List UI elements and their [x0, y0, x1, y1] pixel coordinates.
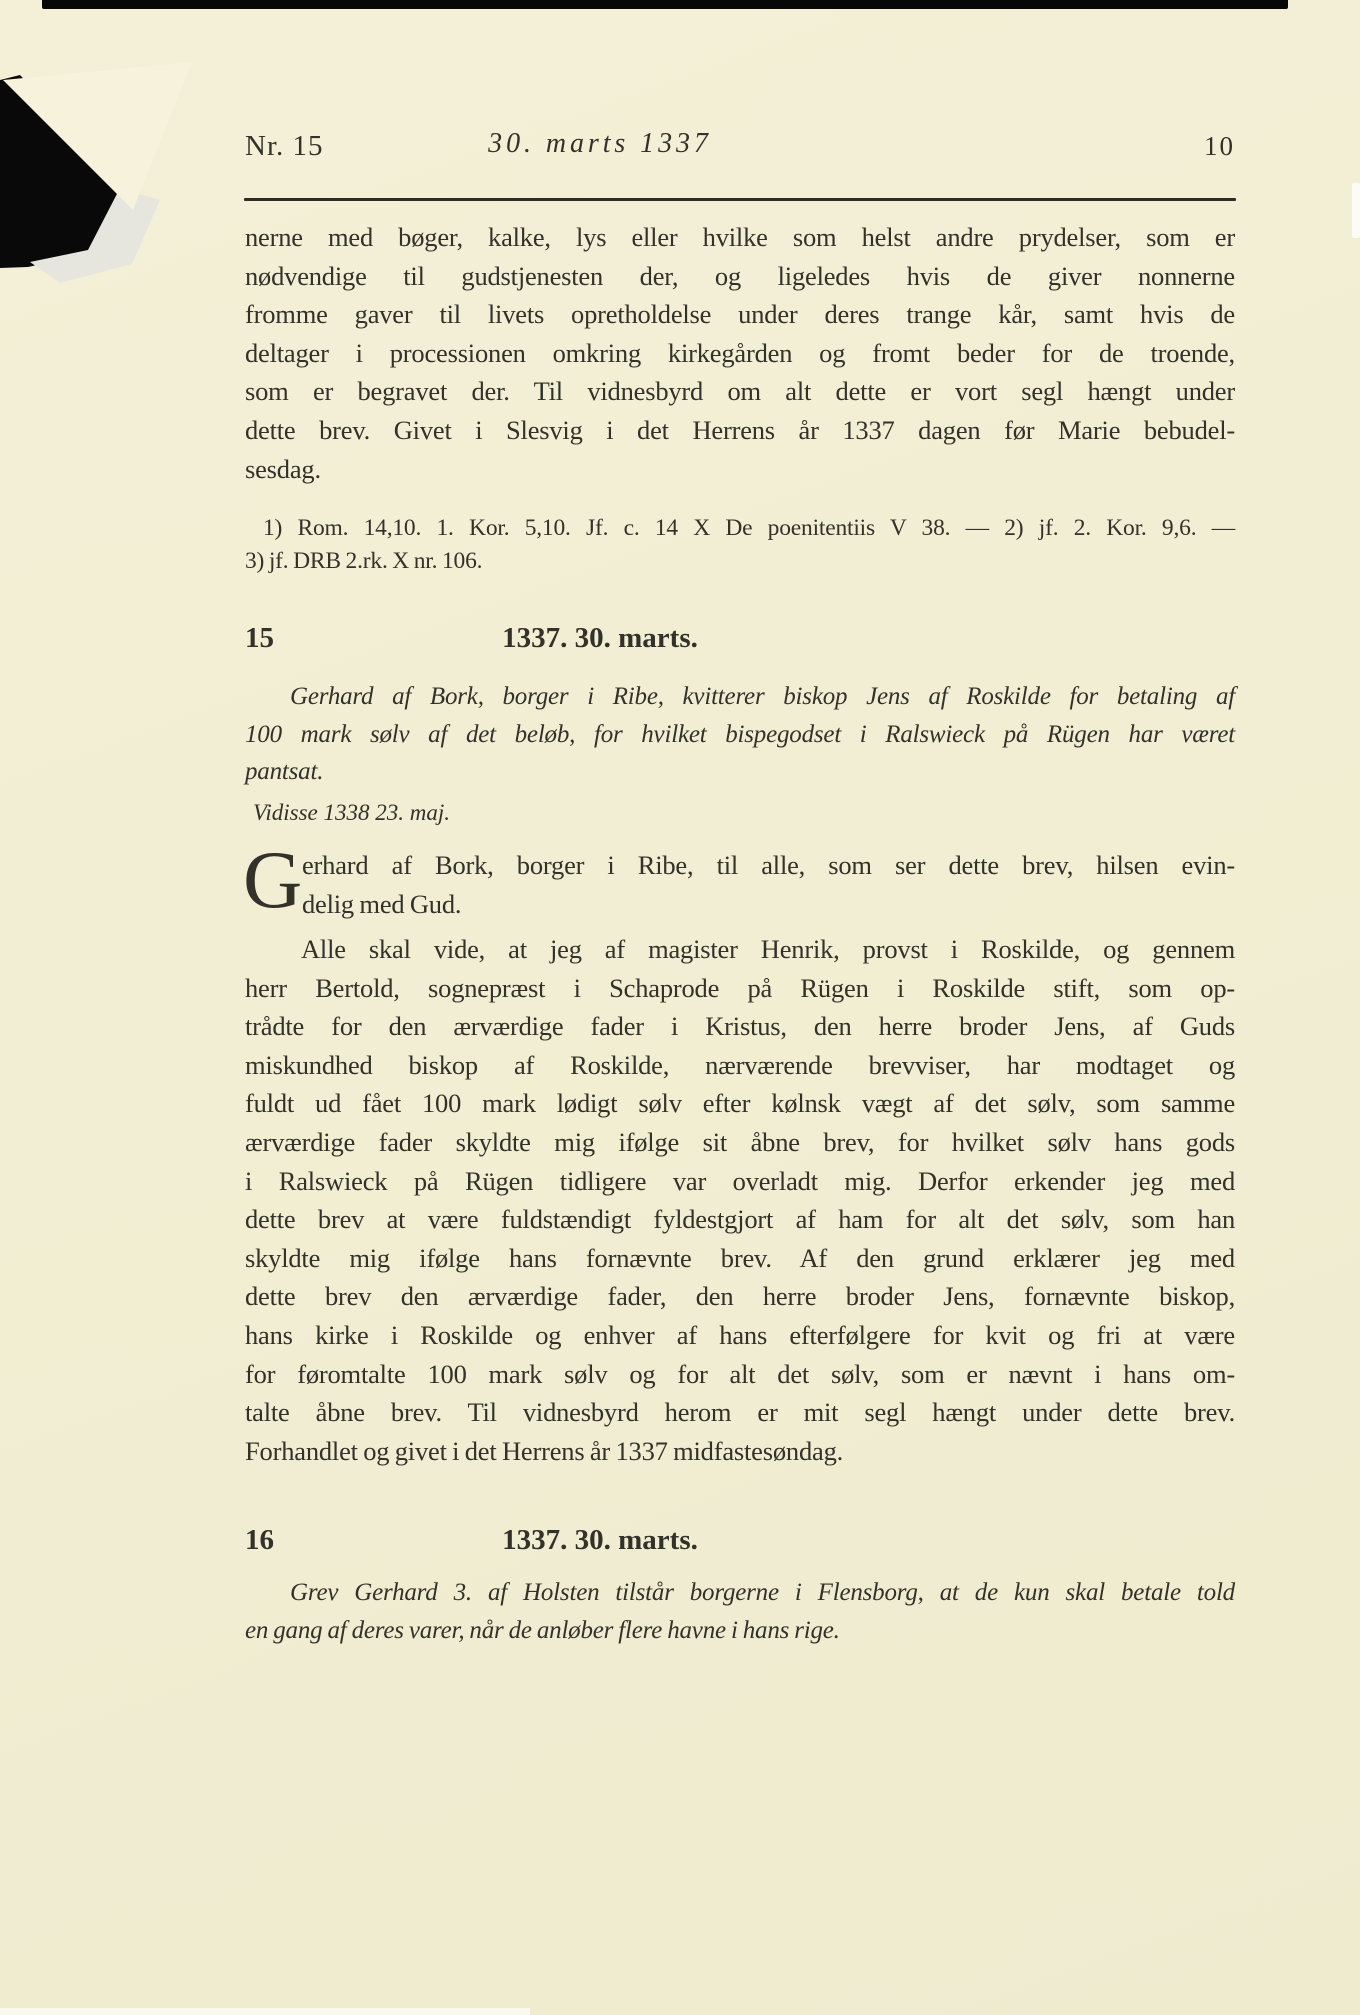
continuation-paragraph: nerne med bøger, kalke, lys eller hvilke…: [245, 218, 1235, 488]
footnote-line: 3) jf. DRB 2.rk. X nr. 106.: [245, 545, 1235, 578]
text-line: herr Bertold, sognepræst i Schaprode på …: [245, 969, 1235, 1008]
entry-15-heading: 15 1337. 30. marts.: [245, 622, 1235, 662]
text-line: deltager i processionen omkring kirkegår…: [245, 334, 1235, 373]
text-line: hans kirke i Roskilde og enhver af hans …: [245, 1316, 1235, 1355]
summary-line: Grev Gerhard 3. af Holsten tilstår borge…: [245, 1574, 1235, 1612]
entry-16-number: 16: [245, 1524, 274, 1557]
footnote-line: 1) Rom. 14,10. 1. Kor. 5,10. Jf. c. 14 X…: [245, 512, 1235, 545]
footnote-block: 1) Rom. 14,10. 1. Kor. 5,10. Jf. c. 14 X…: [245, 512, 1235, 578]
book-page: Nr. 15 30. marts 1337 10 nerne med bøger…: [0, 0, 1360, 2015]
text-line: erhard af Bork, borger i Ribe, til alle,…: [302, 846, 1235, 885]
text-line: nerne med bøger, kalke, lys eller hvilke…: [245, 218, 1235, 257]
scan-artifact-bottom-strip: [0, 2008, 530, 2015]
entry-15-summary: Gerhard af Bork, borger i Ribe, kvittere…: [245, 678, 1235, 791]
running-head-date: 30. marts 1337: [488, 128, 712, 160]
summary-line: Gerhard af Bork, borger i Ribe, kvittere…: [245, 678, 1235, 716]
drop-cap: G: [243, 839, 302, 921]
text-line: sesdag.: [245, 450, 1235, 489]
scan-artifact-top-strip: [42, 0, 1288, 9]
summary-line: en gang af deres varer, når de anløber f…: [245, 1612, 1235, 1650]
entry-16-heading: 16 1337. 30. marts.: [245, 1524, 1235, 1564]
entry-15-number: 15: [245, 622, 274, 655]
entry-16-summary: Grev Gerhard 3. af Holsten tilstår borge…: [245, 1574, 1235, 1649]
text-line: trådte for den ærværdige fader i Kristus…: [245, 1007, 1235, 1046]
text-line: skyldte mig ifølge hans fornævnte brev. …: [245, 1239, 1235, 1278]
entry-15-date-heading: 1337. 30. marts.: [502, 622, 698, 655]
entry-15-body: Alle skal vide, at jeg af magister Henri…: [245, 930, 1235, 1470]
text-line: Forhandlet og givet i det Herrens år 133…: [245, 1432, 1235, 1471]
text-line: fromme gaver til livets opretholdelse un…: [245, 295, 1235, 334]
text-line: talte åbne brev. Til vidnesbyrd herom er…: [245, 1393, 1235, 1432]
text-line: i Ralswieck på Rügen tidligere var overl…: [245, 1162, 1235, 1201]
text-line: dette brev at være fuldstændigt fyldestg…: [245, 1200, 1235, 1239]
entry-16-date-heading: 1337. 30. marts.: [502, 1524, 698, 1557]
text-line: som er begravet der. Til vidnesbyrd om a…: [245, 372, 1235, 411]
running-head-number: Nr. 15: [245, 130, 324, 163]
page-number: 10: [1140, 131, 1235, 162]
vidisse-note: Vidisse 1338 23. maj.: [245, 800, 1243, 826]
entry-15-intro-lines: erhard af Bork, borger i Ribe, til alle,…: [245, 846, 1235, 923]
summary-line: pantsat.: [245, 753, 1235, 791]
text-line: for føromtalte 100 mark sølv og for alt …: [245, 1355, 1235, 1394]
text-line: dette brev. Givet i Slesvig i det Herren…: [245, 411, 1235, 450]
text-line: nødvendige til gudstjenesten der, og lig…: [245, 257, 1235, 296]
summary-line: 100 mark sølv af det beløb, for hvilket …: [245, 716, 1235, 754]
text-line: miskundhed biskop af Roskilde, nærværend…: [245, 1046, 1235, 1085]
entry-15-intro: G erhard af Bork, borger i Ribe, til all…: [245, 846, 1235, 923]
text-line: Alle skal vide, at jeg af magister Henri…: [245, 930, 1235, 969]
text-line: delig med Gud.: [302, 885, 1235, 924]
scan-artifact-edge-sliver: [1352, 183, 1360, 238]
text-line: ærværdige fader skyldte mig ifølge sit å…: [245, 1123, 1235, 1162]
text-line: dette brev den ærværdige fader, den herr…: [245, 1277, 1235, 1316]
text-line: fuldt ud fået 100 mark lødigt sølv efter…: [245, 1084, 1235, 1123]
header-rule: [244, 198, 1236, 201]
